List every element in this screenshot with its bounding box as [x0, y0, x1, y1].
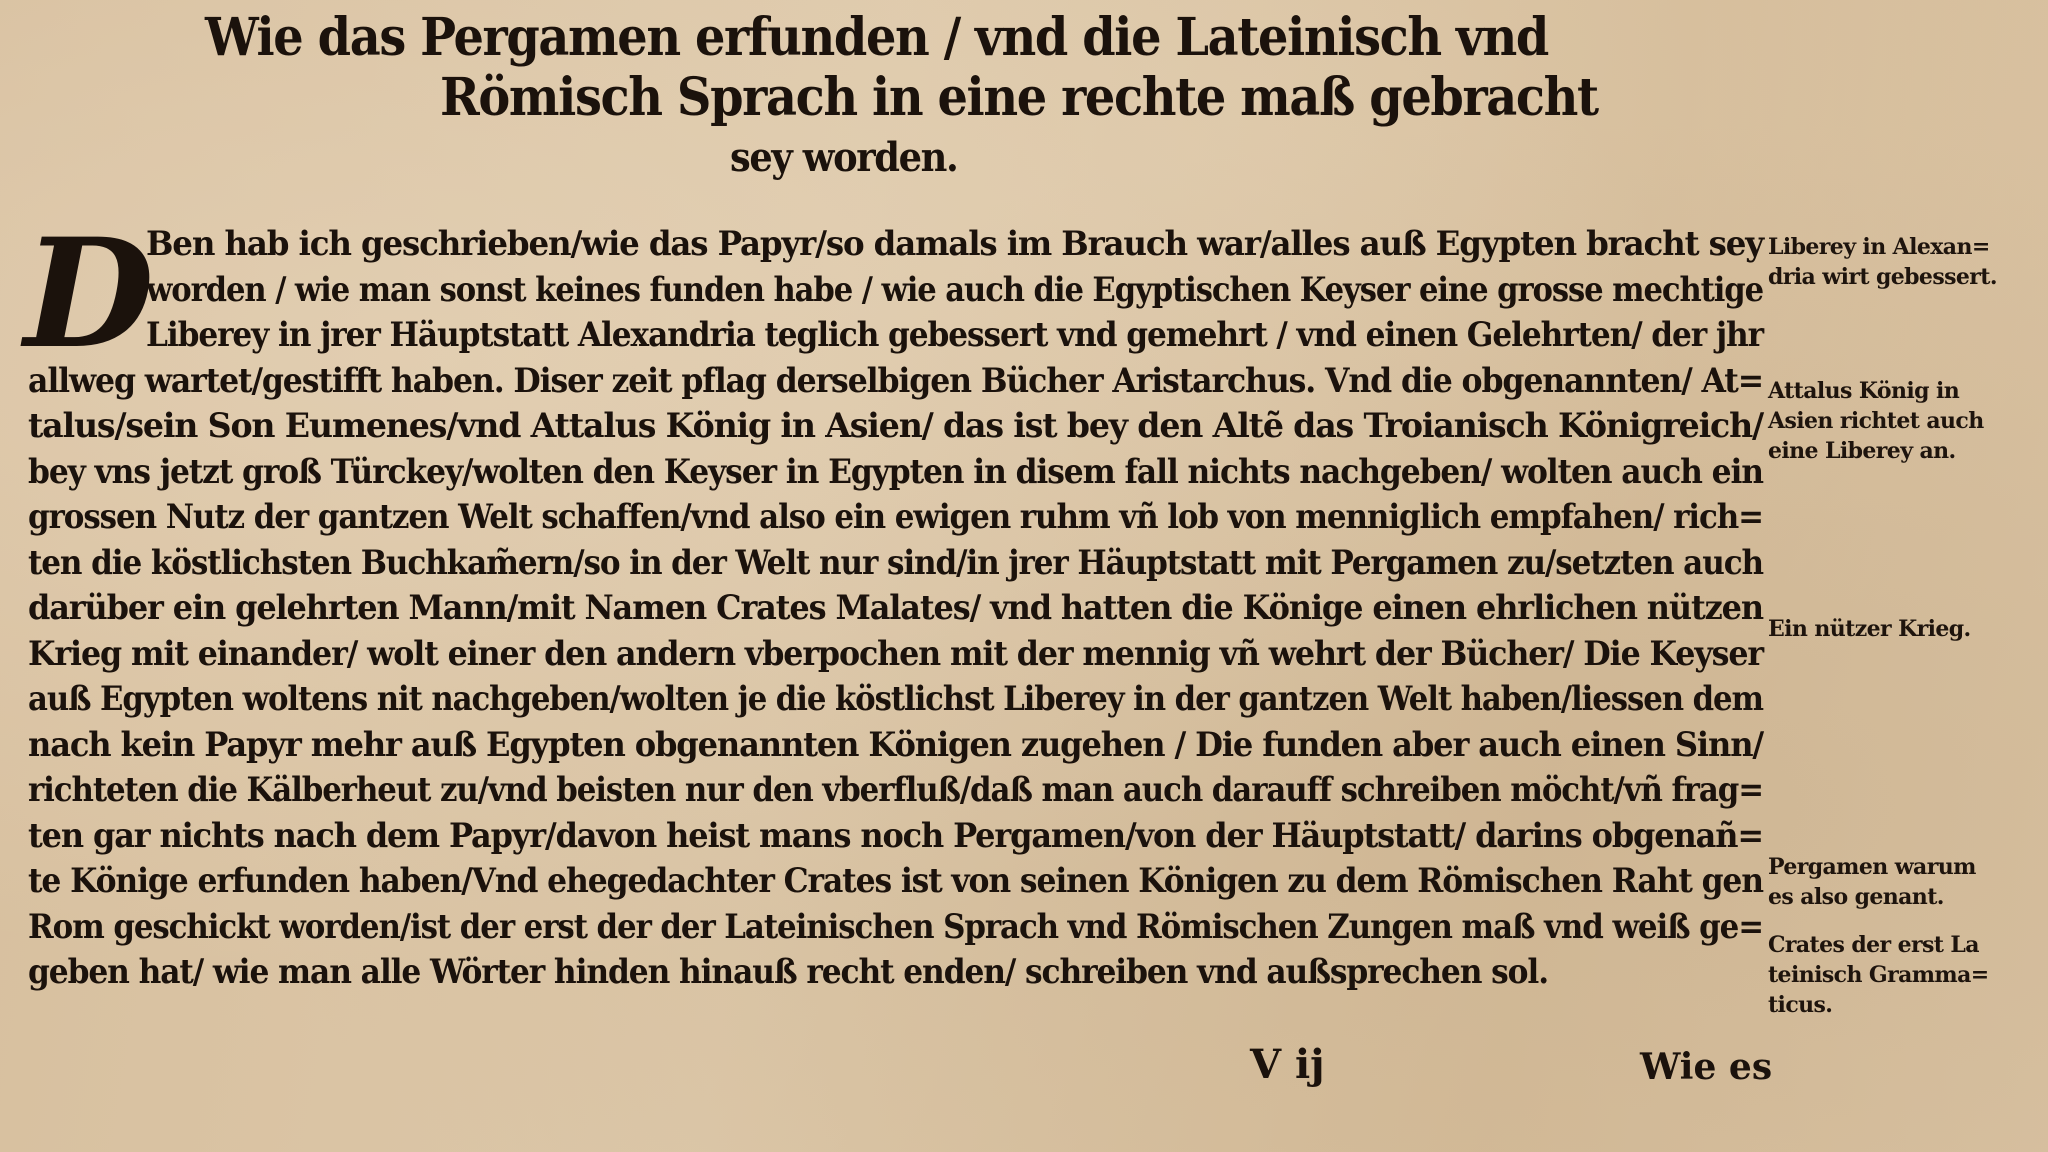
body-line: darüber ein gelehrten Mann/mit Namen Cra… [28, 586, 1763, 632]
margin-note-crates-grammaticus: Crates der erst La teinisch Gramma= ticu… [1768, 930, 1989, 1020]
margin-note-library-alexandria: Liberey in Alexan= dria wirt gebessert. [1768, 232, 1997, 292]
body-line: grossen Nutz der gantzen Welt schaffen/v… [28, 495, 1763, 541]
signature-mark: V ij [1250, 1040, 1325, 1090]
margin-note-attalus: Attalus König in Asien richtet auch eine… [1768, 376, 1984, 466]
body-line: auß Egypten woltens nit nachgeben/wolten… [28, 677, 1763, 723]
catchword: Wie es [1640, 1042, 1772, 1092]
body-line: Krieg mit einander/ wolt einer den ander… [28, 632, 1763, 678]
heading-line-3: sey worden. [730, 128, 1535, 188]
body-line: allweg wartet/gestifft haben. Diser zeit… [28, 359, 1763, 405]
body-line: worden / wie man sonst keines funden hab… [28, 268, 1763, 314]
body-line: te Könige erfunden haben/Vnd ehegedachte… [28, 859, 1763, 905]
chapter-heading: Wie das Pergamen erfunden / vnd die Late… [205, 8, 1605, 188]
body-line: geben hat/ wie man alle Wörter hinden hi… [28, 950, 1763, 996]
body-line: richteten die Kälberheut zu/vnd beisten … [28, 768, 1763, 814]
body-line: talus/sein Son Eumenes/vnd Attalus König… [28, 404, 1763, 450]
body-line: bey vns jetzt groß Türckey/wolten den Ke… [28, 450, 1763, 496]
body-line: Liberey in jrer Häuptstatt Alexandria te… [28, 313, 1763, 359]
heading-line-2: Römisch Sprach in eine rechte maß gebrac… [440, 68, 1512, 128]
book-page: Wie das Pergamen erfunden / vnd die Late… [0, 0, 2048, 1152]
heading-line-1: Wie das Pergamen erfunden / vnd die Late… [205, 8, 1493, 68]
body-text: Ben hab ich geschrieben/wie das Papyr/so… [28, 222, 1763, 996]
body-line: ten die köstlichsten Buchkam̃ern/so in d… [28, 541, 1763, 587]
margin-note-useful-war: Ein nützer Krieg. [1768, 614, 1971, 644]
margin-note-pergamen-name: Pergamen warum es also genant. [1768, 852, 1976, 912]
body-line: ten gar nichts nach dem Papyr/davon heis… [28, 814, 1763, 860]
body-line: nach kein Papyr mehr auß Egypten obgenan… [28, 723, 1763, 769]
body-line: Ben hab ich geschrieben/wie das Papyr/so… [28, 222, 1763, 268]
body-line: Rom geschickt worden/ist der erst der de… [28, 905, 1763, 951]
